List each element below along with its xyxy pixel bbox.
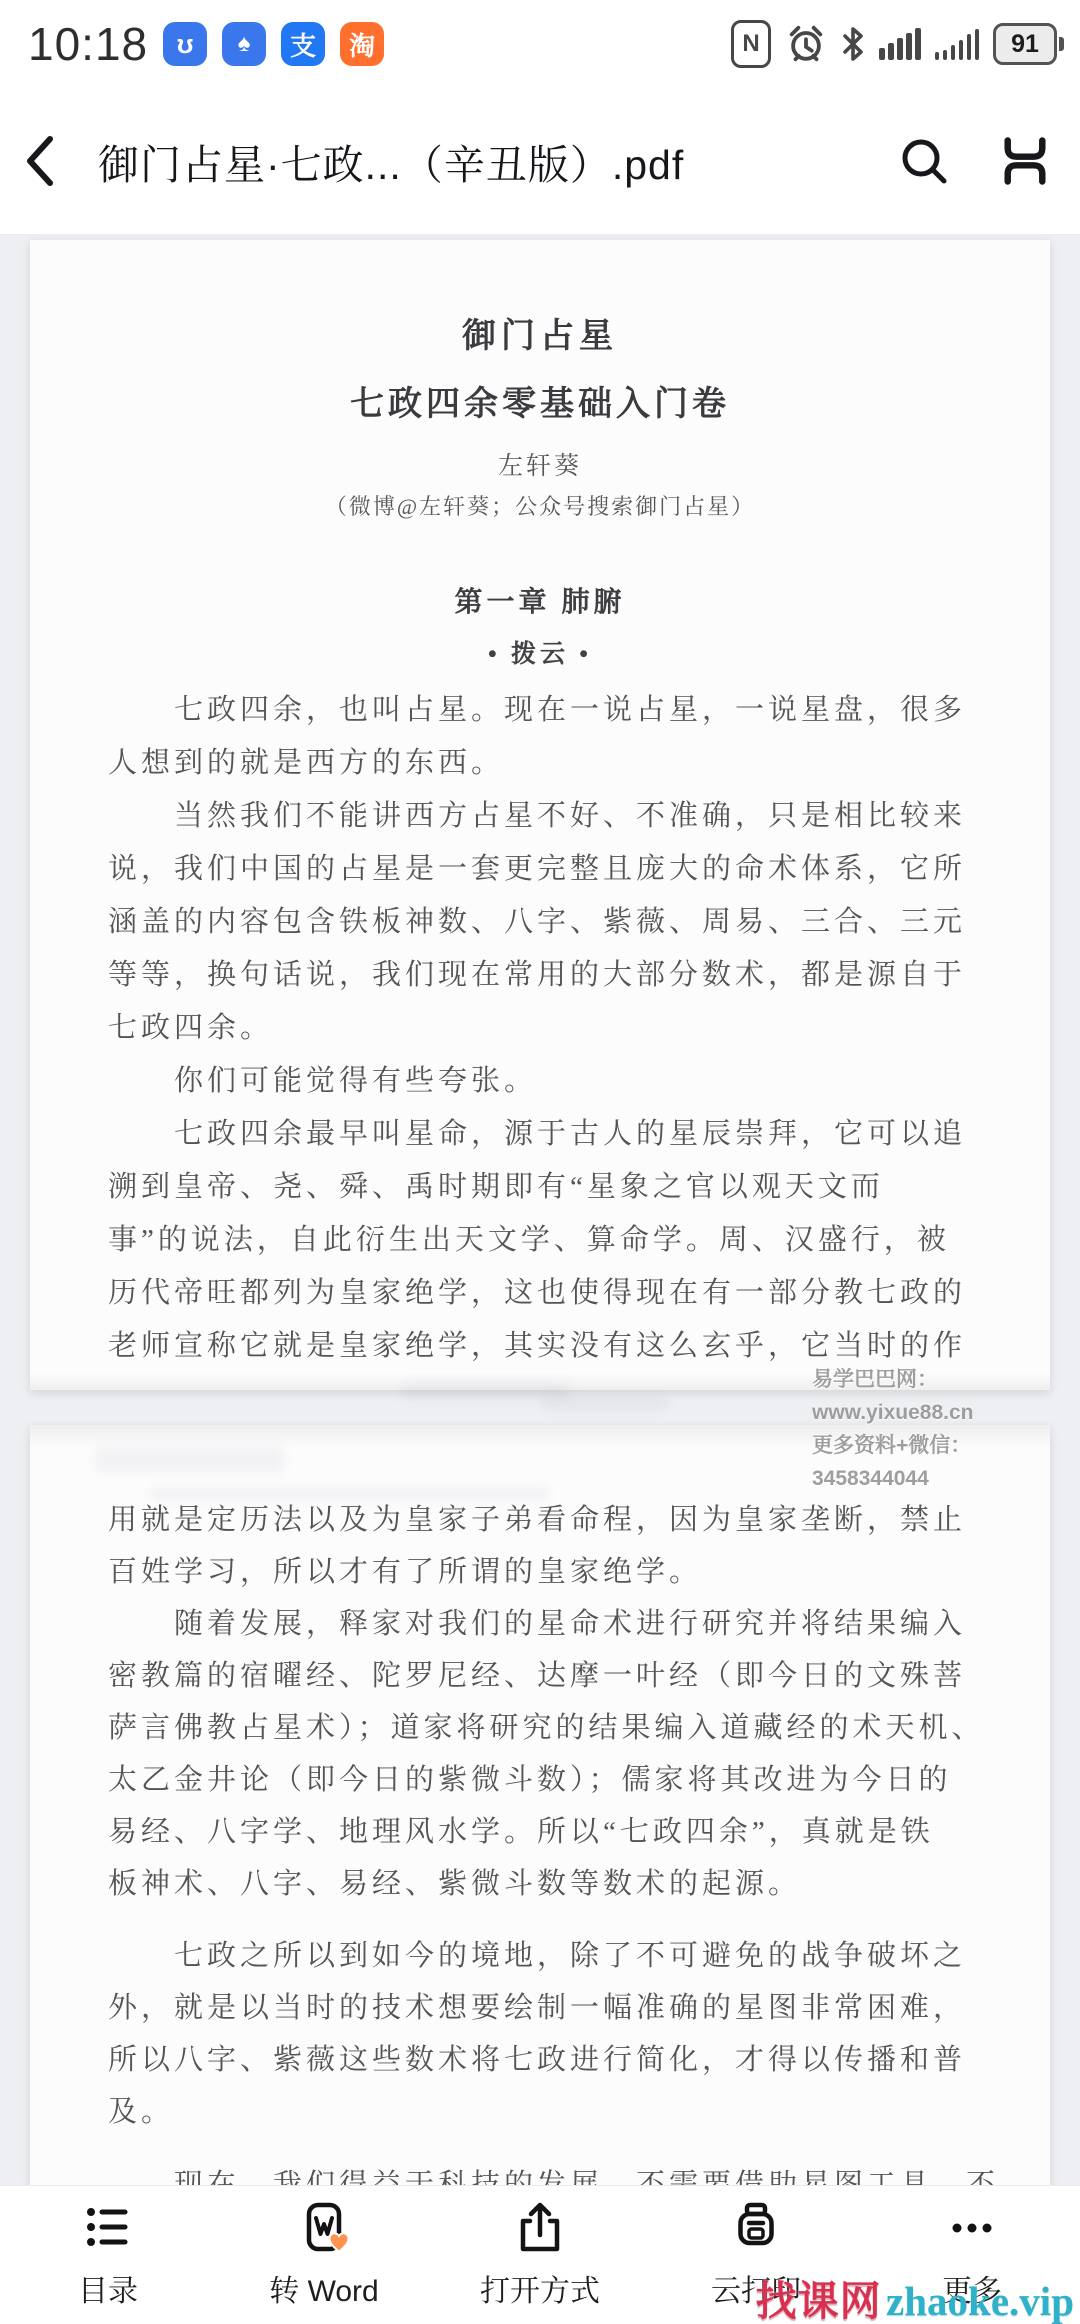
yixue-watermark-line2: 更多资料+微信：3458344044	[812, 1429, 1080, 1495]
body-line: 七政四余最早叫星命，源于古人的星辰崇拜，它可以追	[108, 1114, 980, 1154]
body-line: 事”的说法，自此衍生出天文学、算命学。周、汉盛行，被	[108, 1220, 980, 1260]
toolbar-convert-word-label: 转 Word	[269, 2266, 378, 2310]
search-button[interactable]	[878, 116, 970, 206]
doc-social-line: （微博@左轩葵；公众号搜索御门占星）	[30, 490, 1050, 521]
body-line: 外，就是以当时的技术想要绘制一幅准确的星图非常困难，	[108, 1988, 980, 2028]
body-line: 历代帝旺都列为皇家绝学，这也使得现在有一部分教七政的	[108, 1273, 980, 1313]
body-line: 板神术、八字、易经、紫微斗数等数术的起源。	[108, 1864, 980, 1904]
battery-percent: 91	[993, 23, 1057, 65]
document-header: 御门占星·七政...（辛丑版）.pdf	[0, 88, 1080, 235]
spade-app-icon: ♠	[222, 22, 266, 66]
toolbar-toc[interactable]: 目录	[0, 2186, 216, 2324]
body-line: 涵盖的内容包含铁板神数、八字、紫薇、周易、三合、三元	[108, 902, 980, 942]
status-bar: 10:18 ʊ ♠ 支 淘 N	[0, 0, 1080, 88]
body-line: 说，我们中国的占星是一套更完整且庞大的命术体系，它所	[108, 849, 980, 889]
body-line: 老师宣称它就是皇家绝学，其实没有这么玄乎，它当时的作	[108, 1326, 980, 1366]
body-line: 所以八字、紫薇这些数术将七政进行简化，才得以传播和普	[108, 2040, 980, 2080]
body-line: 七政之所以到如今的境地，除了不可避免的战争破坏之	[108, 1936, 980, 1976]
body-line: 及。	[108, 2092, 980, 2132]
pdf-scroll-area[interactable]: 御门占星 七政四余零基础入门卷 左轩葵 （微博@左轩葵；公众号搜索御门占星） 第…	[0, 235, 1080, 2185]
open-with-icon	[512, 2200, 568, 2256]
status-left: 10:18 ʊ ♠ 支 淘	[0, 17, 384, 71]
signal-bars-sim1	[879, 28, 921, 60]
chapter-heading: 第一章 肺腑	[30, 580, 1050, 620]
yixue-watermark: 易学巴巴网：www.yixue88.cn 更多资料+微信：3458344044	[812, 1363, 1080, 1495]
body-line: 随着发展，释家对我们的星命术进行研究并将结果编入	[108, 1604, 980, 1644]
scan-smudge	[540, 1397, 670, 1409]
doc-author: 左轩葵	[30, 446, 1050, 482]
body-line: 密教篇的宿曜经、陀罗尼经、达摩一叶经（即今日的文殊菩	[108, 1656, 980, 1696]
zhaoke-watermark-cn: 找课网	[756, 2278, 882, 2324]
body-line: 易经、八字学、地理风水学。所以“七政四余”，真就是铁	[108, 1812, 980, 1852]
body-line: 你们可能觉得有些夸张。	[108, 1061, 980, 1101]
body-line: 溯到皇帝、尧、舜、禹时期即有“星象之官以观天文而	[108, 1167, 980, 1207]
toolbar-toc-label: 目录	[78, 2266, 138, 2310]
body-line: 萨言佛教占星术）；道家将研究的结果编入道藏经的术天机、	[108, 1708, 980, 1748]
status-time: 10:18	[28, 17, 148, 71]
collapse-button[interactable]	[970, 116, 1080, 206]
body-line: 人想到的就是西方的东西。	[108, 743, 980, 783]
convert-word-icon	[296, 2200, 352, 2256]
status-right: N 91	[731, 20, 1080, 68]
pdf-page-2: 用就是定历法以及为皇家子弟看命程，因为皇家垄断，禁止 百姓学习，所以才有了所谓的…	[30, 1425, 1050, 2185]
search-icon	[898, 135, 950, 187]
yixue-watermark-line1: 易学巴巴网：www.yixue88.cn	[812, 1363, 1080, 1429]
section-heading: • 拨云 •	[30, 634, 1050, 670]
body-line: 当然我们不能讲西方占星不好、不准确，只是相比较来	[108, 796, 980, 836]
back-button[interactable]	[0, 116, 80, 206]
battery-nub	[1059, 37, 1064, 51]
body-line: 用就是定历法以及为皇家子弟看命程，因为皇家垄断，禁止	[108, 1500, 980, 1540]
doc-title-line2: 七政四余零基础入门卷	[30, 376, 1050, 425]
tmall-app-icon: ʊ	[163, 22, 207, 66]
document-title: 御门占星·七政...（辛丑版）.pdf	[80, 132, 878, 191]
cloud-print-icon	[728, 2200, 784, 2256]
signal-bars-sim2	[935, 29, 980, 60]
toolbar-convert-word[interactable]: 转 Word	[216, 2186, 432, 2324]
bluetooth-icon	[841, 25, 865, 63]
collapse-vertical-icon	[1000, 134, 1050, 188]
alipay-app-icon: 支	[281, 22, 325, 66]
body-line: 百姓学习，所以才有了所谓的皇家绝学。	[108, 1552, 980, 1592]
alarm-icon	[785, 22, 827, 66]
scan-smudge	[150, 1487, 550, 1501]
back-icon	[24, 135, 56, 187]
more-dots-icon	[944, 2200, 1000, 2256]
taobao-app-icon: 淘	[340, 22, 384, 66]
pdf-page-1: 御门占星 七政四余零基础入门卷 左轩葵 （微博@左轩葵；公众号搜索御门占星） 第…	[30, 240, 1050, 1390]
nfc-icon: N	[731, 20, 771, 68]
zhaoke-watermark: 找课网 zhaoke.vip	[756, 2268, 1074, 2324]
body-line: 七政四余，也叫占星。现在一说占星，一说星盘，很多	[108, 690, 980, 730]
toolbar-open-with-label: 打开方式	[480, 2266, 600, 2310]
doc-title-line1: 御门占星	[30, 308, 1050, 357]
body-line: 七政四余。	[108, 1008, 980, 1048]
body-line-clipped: 现在，我们得益于科技的发展，不需要借助星图工具，不	[108, 2165, 980, 2185]
zhaoke-watermark-en: zhaoke.vip	[886, 2278, 1074, 2324]
toolbar-open-with[interactable]: 打开方式	[432, 2186, 648, 2324]
body-line: 太乙金井论（即今日的紫微斗数）；儒家将其改进为今日的	[108, 1760, 980, 1800]
toc-list-icon	[80, 2200, 136, 2256]
body-line: 等等，换句话说，我们现在常用的大部分数术，都是源自于	[108, 955, 980, 995]
battery-indicator: 91	[993, 23, 1064, 65]
pdf-reader-screen: 10:18 ʊ ♠ 支 淘 N	[0, 0, 1080, 2324]
scan-smudge	[95, 1447, 285, 1473]
